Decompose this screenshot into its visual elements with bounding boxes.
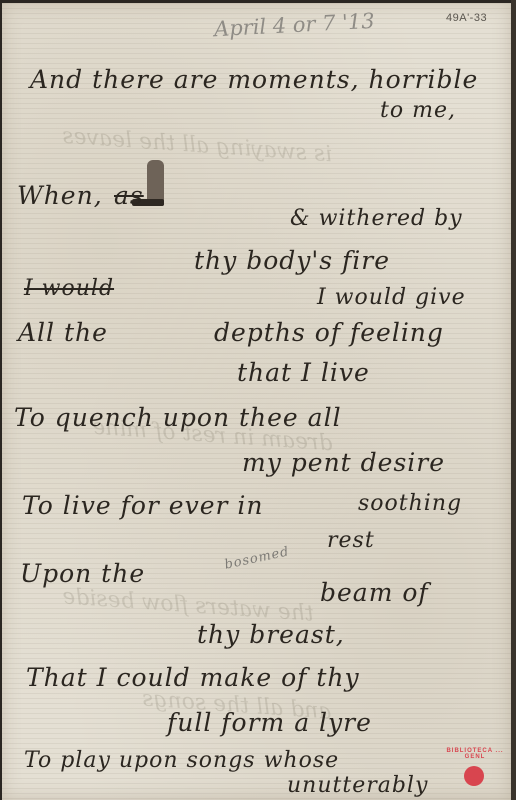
manuscript-line: To play upon songs whose (24, 748, 339, 773)
manuscript-line: soothing (358, 491, 462, 516)
stamp-text: BIBLIOTECA ... GENL (442, 748, 508, 760)
manuscript-line: unutterably (287, 773, 428, 798)
stamp-seal-icon (464, 766, 484, 786)
manuscript-line: All the (18, 318, 108, 347)
manuscript-line: rest (327, 528, 375, 553)
manuscript-line: When, (17, 181, 103, 210)
manuscript-line: Upon the (20, 559, 145, 588)
scan-edge (511, 0, 516, 800)
manuscript-line: full form a lyre (167, 708, 372, 737)
library-stamp: BIBLIOTECA ... GENL (442, 748, 508, 798)
manuscript-line: my pent desire (242, 448, 445, 477)
manuscript-line: to me, (380, 98, 456, 123)
manuscript-line: To live for ever in (22, 491, 264, 520)
manuscript-line: To quench upon thee all (14, 403, 342, 432)
manuscript-line: & withered by (290, 206, 463, 231)
date-annotation: April 4 or 7 '13 (213, 9, 375, 41)
manuscript-page: 49A'-33 April 4 or 7 '13 is swaying all … (2, 3, 511, 800)
manuscript-line: depths of feeling (214, 318, 444, 347)
struck-word: I would (24, 276, 114, 301)
bleed-through-text: is swaying all the leaves (61, 124, 332, 168)
manuscript-line: That I could make of thy (26, 663, 360, 692)
pencil-insertion: bosomed (223, 544, 291, 572)
manuscript-line: I would give (317, 285, 466, 310)
manuscript-line: that I live (237, 358, 370, 387)
manuscript-line: And there are moments, horrible (30, 65, 478, 94)
catalog-number: 49A'-33 (446, 12, 487, 24)
manuscript-line: beam of (320, 578, 429, 607)
manuscript-line: thy breast, (197, 620, 345, 649)
struck-word: as (114, 181, 144, 210)
manuscript-line: thy body's fire (194, 246, 390, 275)
